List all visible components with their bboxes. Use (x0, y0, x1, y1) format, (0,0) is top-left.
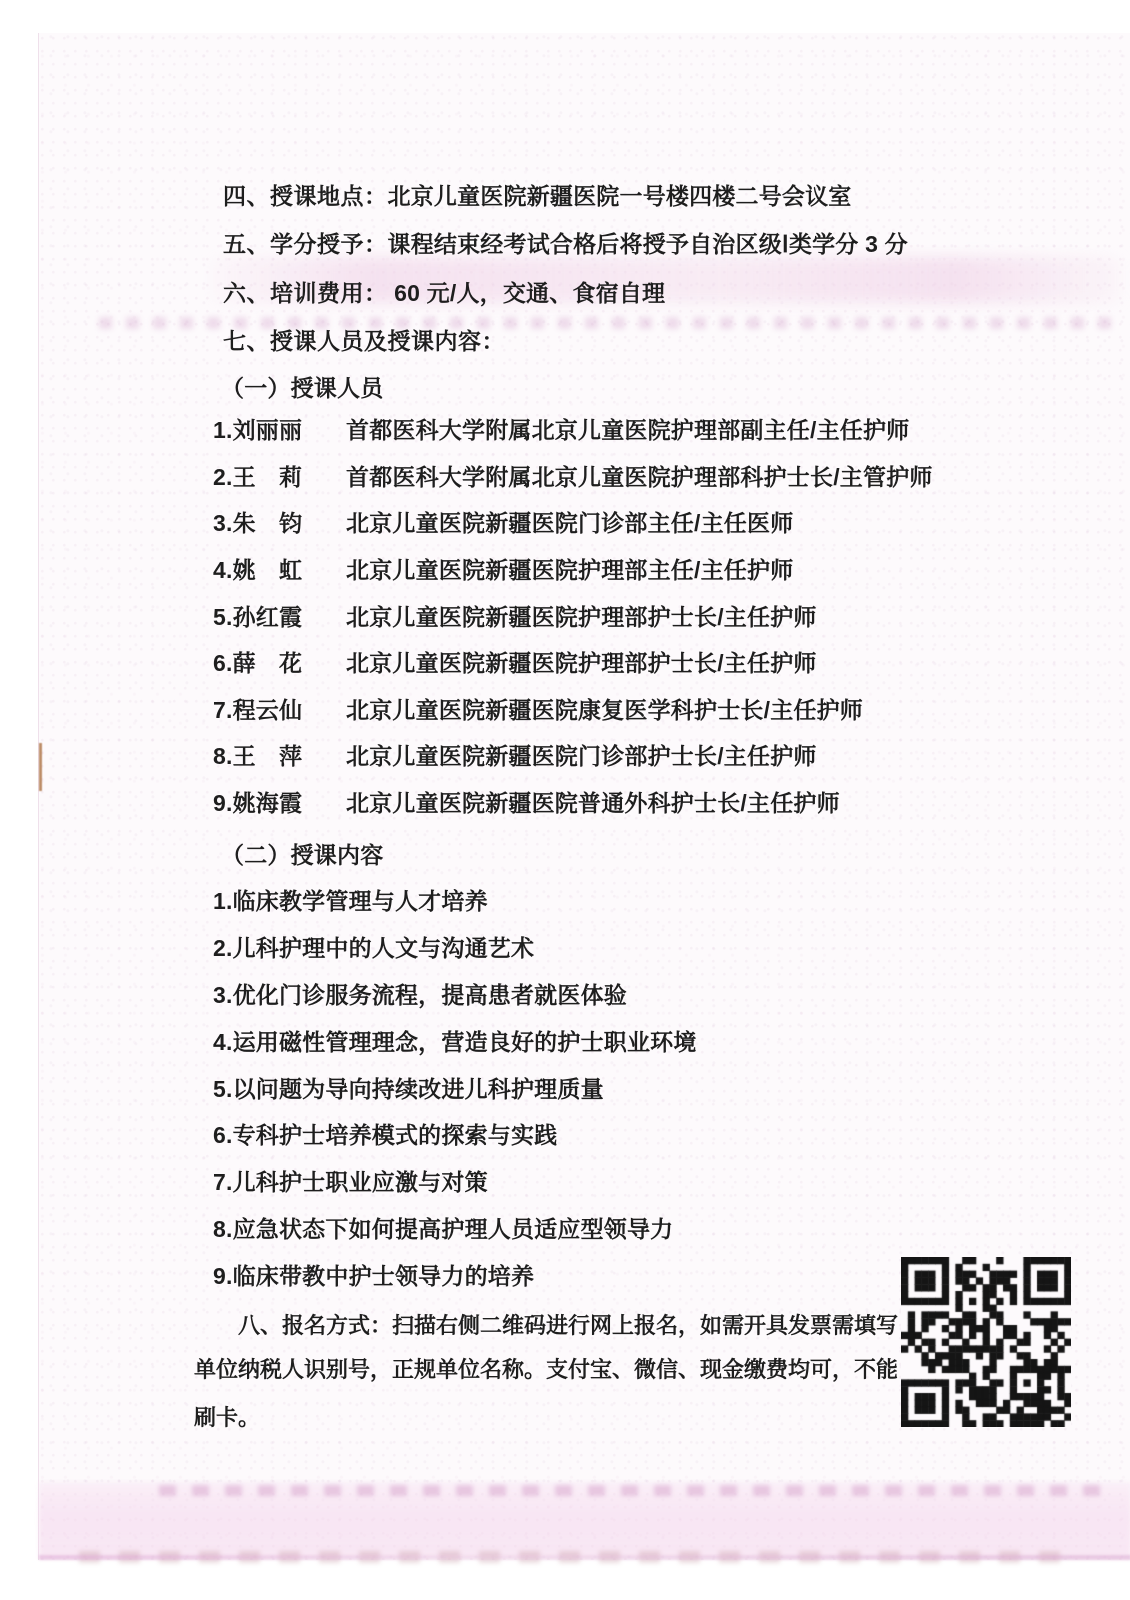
lecturer-number: 6. (213, 650, 233, 676)
lecturer-name-cell: 7.程云仙 (213, 697, 346, 744)
section-title: 学分授予： (270, 231, 388, 257)
lecturer-title: 北京儿童医院新疆医院康复医学科护士长/主任护师 (346, 697, 863, 744)
section-line: 七、授课人员及授课内容： (223, 328, 908, 376)
lecturer-name-cell: 2.王 莉 (213, 464, 346, 511)
section-title: 授课人员及授课内容： (270, 328, 505, 354)
section-content: 60 元/人，交通、食宿自理 (388, 280, 666, 306)
lecturer-title: 北京儿童医院新疆医院护理部主任/主任护师 (346, 557, 793, 604)
lecturer-title: 北京儿童医院新疆医院门诊部主任/主任医师 (346, 510, 793, 557)
course-topic: 1.临床教学管理与人才培养 (213, 888, 697, 935)
lecturer-name: 王 萍 (233, 743, 303, 769)
lecturer-row: 3.朱 钧北京儿童医院新疆医院门诊部主任/主任医师 (213, 510, 933, 557)
registration-line-2: 单位纳税人识别号，正规单位名称。支付宝、微信、现金缴费均可，不能 (194, 1357, 898, 1382)
course-topic: 8.应急状态下如何提高护理人员适应型领导力 (213, 1216, 697, 1263)
scanned-document-page: 四、授课地点：北京儿童医院新疆医院一号楼四楼二号会议室 五、学分授予：课程结束经… (38, 33, 1130, 1560)
lecturer-row: 8.王 萍北京儿童医院新疆医院门诊部护士长/主任护师 (213, 743, 933, 790)
bleedthrough-textline-bottom-2 (79, 1551, 1071, 1563)
section-title: 培训费用： (270, 280, 388, 306)
lecturer-title: 北京儿童医院新疆医院护理部护士长/主任护师 (346, 604, 817, 651)
lecturer-row: 6.薛 花北京儿童医院新疆医院护理部护士长/主任护师 (213, 650, 933, 697)
section-title: 授课地点： (270, 183, 388, 209)
lecturer-name-cell: 6.薛 花 (213, 650, 346, 697)
course-topic: 7.儿科护士职业应激与对策 (213, 1169, 697, 1216)
lecturer-number: 5. (213, 604, 233, 630)
lecturers-list: 1.刘丽丽首都医科大学附属北京儿童医院护理部副主任/主任护师 2.王 莉首都医科… (213, 417, 933, 837)
section-line: 六、培训费用： 60 元/人，交通、食宿自理 (223, 280, 908, 328)
section-number: 六、 (223, 280, 270, 306)
lecturer-name: 朱 钧 (233, 510, 303, 536)
lecturer-name-cell: 4.姚 虹 (213, 557, 346, 604)
lecturer-row: 7.程云仙北京儿童医院新疆医院康复医学科护士长/主任护师 (213, 697, 933, 744)
lecturer-name: 孙红霞 (233, 604, 303, 630)
lecturer-row: 5.孙红霞北京儿童医院新疆医院护理部护士长/主任护师 (213, 604, 933, 651)
lecturer-name: 薛 花 (233, 650, 303, 676)
section-number: 五、 (223, 231, 270, 257)
lecturer-title: 北京儿童医院新疆医院普通外科护士长/主任护师 (346, 790, 840, 837)
bleedthrough-band-bottom (39, 1482, 1130, 1558)
course-topic: 9.临床带教中护士领导力的培养 (213, 1263, 697, 1310)
section-content: 课程结束经考试合格后将授予自治区级Ⅰ类学分 3 分 (388, 231, 908, 257)
lecturers-heading: （一）授课人员 (221, 375, 383, 401)
lecturer-title: 北京儿童医院新疆医院护理部护士长/主任护师 (346, 650, 817, 697)
section-content: 北京儿童医院新疆医院一号楼四楼二号会议室 (388, 183, 852, 209)
lecturer-name: 程云仙 (233, 697, 303, 723)
lecturer-row: 9.姚海霞北京儿童医院新疆医院普通外科护士长/主任护师 (213, 790, 933, 837)
section-line: 四、授课地点：北京儿童医院新疆医院一号楼四楼二号会议室 (223, 183, 908, 231)
section-number: 七、 (223, 328, 270, 354)
lecturer-name: 姚海霞 (233, 790, 303, 816)
lecturer-row: 4.姚 虹北京儿童医院新疆医院护理部主任/主任护师 (213, 557, 933, 604)
lecturer-name-cell: 8.王 萍 (213, 743, 346, 790)
bleedthrough-textline-bottom-1 (159, 1485, 1101, 1496)
lecturer-title: 首都医科大学附属北京儿童医院护理部副主任/主任护师 (346, 417, 909, 464)
numbered-sections: 四、授课地点：北京儿童医院新疆医院一号楼四楼二号会议室 五、学分授予：课程结束经… (223, 183, 908, 377)
registration-qr-code (901, 1257, 1071, 1427)
course-topics-list: 1.临床教学管理与人才培养 2.儿科护理中的人文与沟通艺术 3.优化门诊服务流程… (213, 888, 697, 1310)
section-number: 四、 (223, 183, 270, 209)
course-topic: 5.以问题为导向持续改进儿科护理质量 (213, 1076, 697, 1123)
lecturer-number: 1. (213, 417, 233, 443)
lecturer-number: 8. (213, 743, 233, 769)
registration-line-3: 刷卡。 (194, 1405, 260, 1430)
course-topic: 6.专科护士培养模式的探索与实践 (213, 1122, 697, 1169)
lecturer-title: 北京儿童医院新疆医院门诊部护士长/主任护师 (346, 743, 817, 790)
lecturer-number: 4. (213, 557, 233, 583)
lecturer-name-cell: 1.刘丽丽 (213, 417, 346, 464)
lecturer-name: 姚 虹 (233, 557, 303, 583)
lecturer-name-cell: 5.孙红霞 (213, 604, 346, 651)
course-topic: 2.儿科护理中的人文与沟通艺术 (213, 935, 697, 982)
lecturer-name-cell: 3.朱 钧 (213, 510, 346, 557)
lecturer-row: 1.刘丽丽首都医科大学附属北京儿童医院护理部副主任/主任护师 (213, 417, 933, 464)
registration-line-1: 八、报名方式：扫描右侧二维码进行网上报名，如需开具发票需填写 (238, 1313, 898, 1338)
course-topic: 3.优化门诊服务流程，提高患者就医体验 (213, 982, 697, 1029)
lecturer-row: 2.王 莉首都医科大学附属北京儿童医院护理部科护士长/主管护师 (213, 464, 933, 511)
lecturer-title: 首都医科大学附属北京儿童医院护理部科护士长/主管护师 (346, 464, 933, 511)
lecturer-name: 王 莉 (233, 464, 303, 490)
lecturer-number: 7. (213, 697, 233, 723)
contents-heading: （二）授课内容 (221, 842, 383, 868)
lecturer-name: 刘丽丽 (233, 417, 303, 443)
lecturer-name-cell: 9.姚海霞 (213, 790, 346, 837)
lecturer-number: 9. (213, 790, 233, 816)
section-line: 五、学分授予：课程结束经考试合格后将授予自治区级Ⅰ类学分 3 分 (223, 231, 908, 279)
course-topic: 4.运用磁性管理理念，营造良好的护士职业环境 (213, 1029, 697, 1076)
lecturer-number: 3. (213, 510, 233, 536)
lecturer-number: 2. (213, 464, 233, 490)
scan-edge-artifact (39, 743, 42, 791)
